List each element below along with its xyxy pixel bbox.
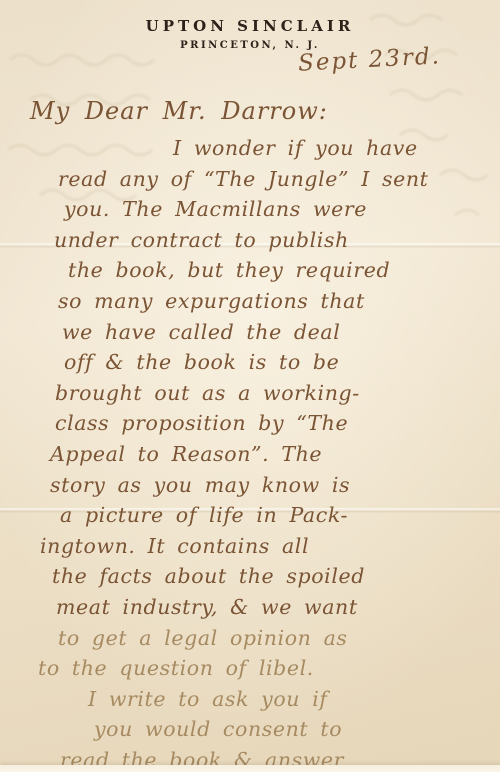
- salutation: My Dear Mr. Darrow:: [30, 97, 328, 125]
- handwriting-line: we have called the deal: [62, 317, 500, 348]
- handwriting-line: you. The Macmillans were: [64, 194, 500, 225]
- handwriting-line: so many expurgations that: [58, 286, 500, 317]
- letterhead-name: UPTON SINCLAIR: [0, 17, 500, 35]
- handwriting-line: to get a legal opinion as: [58, 623, 500, 654]
- handwriting-line: to the question of libel.: [38, 653, 500, 684]
- handwriting-line: I write to ask you if: [88, 684, 500, 715]
- handwriting-line: class proposition by “The: [55, 408, 500, 439]
- handwriting-line: brought out as a working-: [55, 378, 500, 409]
- letter-body: I wonder if you haveread any of “The Jun…: [0, 133, 500, 772]
- handwriting-line: the book, but they required: [68, 255, 500, 286]
- handwriting-line: read any of “The Jungle” I sent: [58, 164, 500, 195]
- paper-bottom-edge: [0, 765, 500, 772]
- handwriting-line: ingtown. It contains all: [40, 531, 500, 562]
- scanned-letter-page: UPTON SINCLAIR PRINCETON, N. J. Sept 23r…: [0, 0, 500, 772]
- handwriting-line: meat industry, & we want: [56, 592, 500, 623]
- handwriting-line: story as you may know is: [50, 470, 500, 501]
- handwriting-line: under contract to publish: [54, 225, 500, 256]
- handwriting-line: Appeal to Reason”. The: [50, 439, 500, 470]
- handwriting-line: I wonder if you have: [173, 133, 500, 164]
- handwriting-line: off & the book is to be: [64, 347, 500, 378]
- handwriting-line: you would consent to: [94, 714, 500, 745]
- handwriting-line: a picture of life in Pack-: [60, 500, 500, 531]
- handwriting-line: the facts about the spoiled: [52, 561, 500, 592]
